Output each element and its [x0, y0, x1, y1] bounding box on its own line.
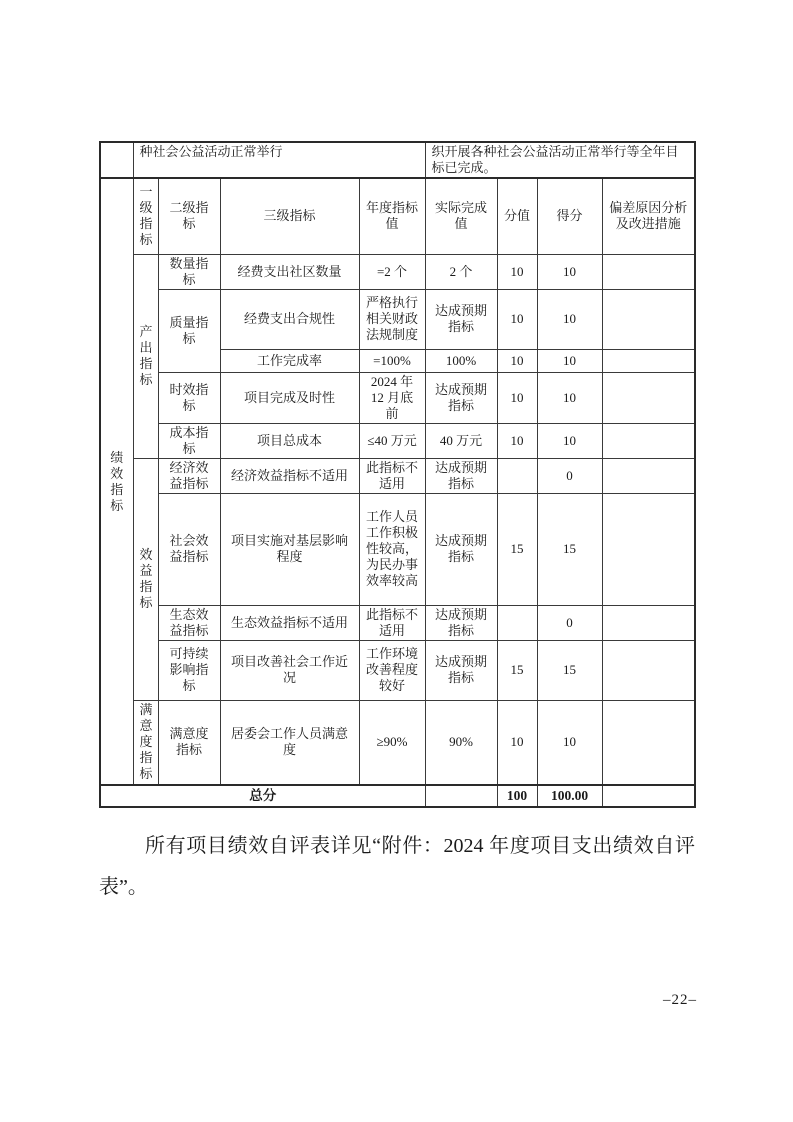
cell-deviation	[602, 493, 695, 605]
cell-actual: 达成预期指标	[425, 372, 497, 423]
cell-level1: 满意度指标	[133, 700, 158, 785]
cell-level3: 项目总成本	[220, 423, 359, 458]
cell-deviation	[602, 289, 695, 349]
header-score: 得分	[537, 178, 602, 254]
performance-table: 种社会公益活动正常举行 织开展各种社会公益活动正常举行等全年目标已完成。 绩效指…	[99, 141, 696, 808]
cell-level1: 产出指标	[133, 254, 158, 458]
cell-actual: 达成预期指标	[425, 640, 497, 700]
header-actual-value: 实际完成值	[425, 178, 497, 254]
cell-points	[497, 605, 537, 640]
cell-level3: 工作完成率	[220, 349, 359, 372]
cell-actual: 90%	[425, 700, 497, 785]
table-row: 社会效益指标 项目实施对基层影响程度 工作人员工作积极性较高，为民办事效率较高 …	[100, 493, 695, 605]
cell-level2: 时效指标	[158, 372, 220, 423]
total-row: 总分 100 100.00	[100, 785, 695, 807]
header-level1: 一级指标	[133, 178, 158, 254]
header-deviation: 偏差原因分析及改进措施	[602, 178, 695, 254]
cell-level3: 项目改善社会工作近况	[220, 640, 359, 700]
cell-deviation	[602, 349, 695, 372]
cell-target: 2024 年 12 月底前	[359, 372, 425, 423]
cell-actual: 2 个	[425, 254, 497, 289]
cell-level2: 数量指标	[158, 254, 220, 289]
cell-actual: 达成预期指标	[425, 458, 497, 493]
cell-points: 15	[497, 640, 537, 700]
cell-score: 10	[537, 372, 602, 423]
header-points: 分值	[497, 178, 537, 254]
cell-deviation	[602, 372, 695, 423]
total-actual-cell	[425, 785, 497, 807]
cell-target: 此指标不适用	[359, 458, 425, 493]
cell-target: =100%	[359, 349, 425, 372]
cell-deviation	[602, 640, 695, 700]
header-row: 绩效指标 一级指标 二级指标 三级指标 年度指标值 实际完成值 分值 得分 偏差…	[100, 178, 695, 254]
cell-level2: 生态效益指标	[158, 605, 220, 640]
cell-points: 10	[497, 372, 537, 423]
header-annual-target: 年度指标值	[359, 178, 425, 254]
carryover-row: 种社会公益活动正常举行 织开展各种社会公益活动正常举行等全年目标已完成。	[100, 142, 695, 178]
cell-score: 10	[537, 289, 602, 349]
cell-score: 15	[537, 640, 602, 700]
cell-points: 10	[497, 254, 537, 289]
cell-points: 15	[497, 493, 537, 605]
page-number: –22–	[663, 992, 697, 1009]
table-row: 成本指标 项目总成本 ≤40 万元 40 万元 10 10	[100, 423, 695, 458]
cell-deviation	[602, 254, 695, 289]
table-row: 质量指标 经费支出合规性 严格执行相关财政法规制度 达成预期指标 10 10	[100, 289, 695, 349]
cell-points: 10	[497, 700, 537, 785]
cell-target: 此指标不适用	[359, 605, 425, 640]
cell-score: 10	[537, 349, 602, 372]
cell-level3: 经费支出社区数量	[220, 254, 359, 289]
table-row: 可持续影响指标 项目改善社会工作近况 工作环境改善程度较好 达成预期指标 15 …	[100, 640, 695, 700]
cell-points	[497, 458, 537, 493]
group-label-cell: 绩效指标	[100, 178, 133, 785]
cell-level3: 经费支出合规性	[220, 289, 359, 349]
cell-points: 10	[497, 423, 537, 458]
closing-paragraph: 所有项目绩效自评表详见“附件：2024 年度项目支出绩效自评表”。	[99, 826, 695, 908]
cell-target: ≥90%	[359, 700, 425, 785]
cell-deviation	[602, 605, 695, 640]
cell-deviation	[602, 700, 695, 785]
carryover-empty-cell	[100, 142, 133, 178]
cell-score: 10	[537, 700, 602, 785]
cell-level3: 项目完成及时性	[220, 372, 359, 423]
cell-level1: 效益指标	[133, 458, 158, 700]
header-level2: 二级指标	[158, 178, 220, 254]
cell-level2: 可持续影响指标	[158, 640, 220, 700]
cell-points: 10	[497, 289, 537, 349]
cell-score: 10	[537, 254, 602, 289]
cell-level3: 生态效益指标不适用	[220, 605, 359, 640]
cell-level2: 质量指标	[158, 289, 220, 372]
cell-level3: 居委会工作人员满意度	[220, 700, 359, 785]
cell-level2: 社会效益指标	[158, 493, 220, 605]
cell-level2: 经济效益指标	[158, 458, 220, 493]
cell-score: 10	[537, 423, 602, 458]
total-score-cell: 100.00	[537, 785, 602, 807]
table-row: 效益指标 经济效益指标 经济效益指标不适用 此指标不适用 达成预期指标 0	[100, 458, 695, 493]
cell-deviation	[602, 458, 695, 493]
cell-target: =2 个	[359, 254, 425, 289]
header-level3: 三级指标	[220, 178, 359, 254]
total-label-cell: 总分	[100, 785, 425, 807]
cell-target: 工作人员工作积极性较高，为民办事效率较高	[359, 493, 425, 605]
cell-actual: 达成预期指标	[425, 289, 497, 349]
table-row: 生态效益指标 生态效益指标不适用 此指标不适用 达成预期指标 0	[100, 605, 695, 640]
cell-score: 0	[537, 605, 602, 640]
total-points-cell: 100	[497, 785, 537, 807]
cell-points: 10	[497, 349, 537, 372]
cell-deviation	[602, 423, 695, 458]
carryover-right-cell: 织开展各种社会公益活动正常举行等全年目标已完成。	[425, 142, 695, 178]
carryover-left-cell: 种社会公益活动正常举行	[133, 142, 425, 178]
cell-level2: 满意度指标	[158, 700, 220, 785]
cell-target: ≤40 万元	[359, 423, 425, 458]
cell-actual: 达成预期指标	[425, 605, 497, 640]
total-deviation-cell	[602, 785, 695, 807]
cell-score: 15	[537, 493, 602, 605]
cell-score: 0	[537, 458, 602, 493]
cell-actual: 100%	[425, 349, 497, 372]
table-row: 满意度指标 满意度指标 居委会工作人员满意度 ≥90% 90% 10 10	[100, 700, 695, 785]
cell-level2: 成本指标	[158, 423, 220, 458]
cell-level3: 经济效益指标不适用	[220, 458, 359, 493]
table-row: 产出指标 数量指标 经费支出社区数量 =2 个 2 个 10 10	[100, 254, 695, 289]
cell-target: 严格执行相关财政法规制度	[359, 289, 425, 349]
cell-level3: 项目实施对基层影响程度	[220, 493, 359, 605]
table-row: 时效指标 项目完成及时性 2024 年 12 月底前 达成预期指标 10 10	[100, 372, 695, 423]
cell-actual: 达成预期指标	[425, 493, 497, 605]
cell-actual: 40 万元	[425, 423, 497, 458]
document-page: 种社会公益活动正常举行 织开展各种社会公益活动正常举行等全年目标已完成。 绩效指…	[0, 0, 793, 1122]
cell-target: 工作环境改善程度较好	[359, 640, 425, 700]
